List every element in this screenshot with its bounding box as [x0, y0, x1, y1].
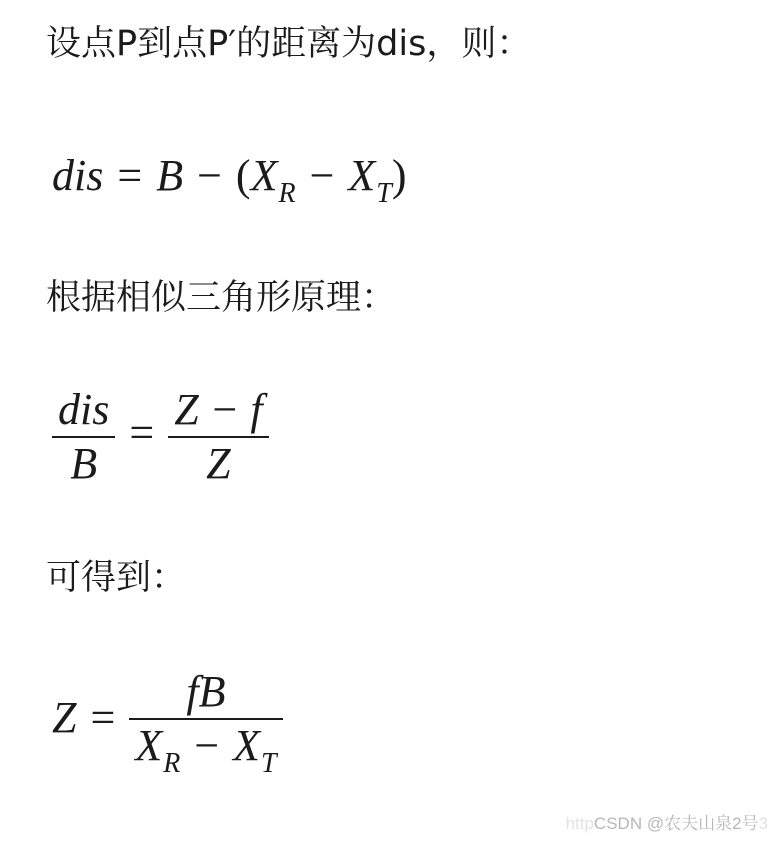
math-minus: −	[183, 151, 236, 200]
paragraph-similar-triangles: 根据相似三角形原理：	[46, 276, 396, 320]
math-X: X	[348, 151, 375, 200]
paragraph-result: 可得到：	[46, 556, 186, 600]
fraction-dis-over-B: dis B	[52, 384, 115, 490]
math-B: B	[156, 151, 183, 200]
fraction-numerator: dis	[52, 384, 115, 436]
paragraph-distance-definition: 设点P到点P′的距离为dis，则：	[46, 22, 531, 66]
fraction-denominator: XR−XT	[129, 720, 282, 778]
fraction-numerator: Z − f	[168, 384, 268, 436]
math-sub-R: R	[163, 748, 180, 779]
fraction-denominator: B	[64, 438, 103, 490]
math-Z: Z	[52, 693, 76, 742]
math-X: X	[135, 721, 162, 770]
math-sub-T: T	[376, 178, 392, 209]
math-equals: =	[115, 408, 168, 457]
watermark-text: CSDN @农夫山泉2号	[594, 814, 759, 833]
fraction-numerator: fB	[180, 666, 231, 718]
math-sub-R: R	[278, 178, 295, 209]
equation-dis: dis=B−(XR−XT)	[52, 150, 407, 201]
fraction-fB-over-disparity: fB XR−XT	[129, 666, 282, 778]
watermark-faint-suffix: 3	[759, 814, 768, 833]
math-equals: =	[103, 151, 156, 200]
equation-similar-triangles: dis B = Z − f Z	[52, 384, 269, 490]
math-dis: dis	[52, 151, 103, 200]
fraction-z-minus-f-over-z: Z − f Z	[168, 384, 268, 490]
math-minus: −	[180, 721, 233, 770]
csdn-watermark: httpCSDN @农夫山泉2号3	[566, 809, 768, 834]
math-sub-T: T	[261, 748, 277, 779]
math-minus: −	[296, 151, 349, 200]
equation-depth-z: Z= fB XR−XT	[52, 666, 283, 778]
math-X: X	[233, 721, 260, 770]
math-equals: =	[76, 693, 129, 742]
math-rparen: )	[392, 151, 407, 200]
math-lparen: (	[236, 151, 251, 200]
math-X: X	[251, 151, 278, 200]
watermark-faint-prefix: http	[566, 814, 594, 833]
fraction-denominator: Z	[200, 438, 236, 490]
